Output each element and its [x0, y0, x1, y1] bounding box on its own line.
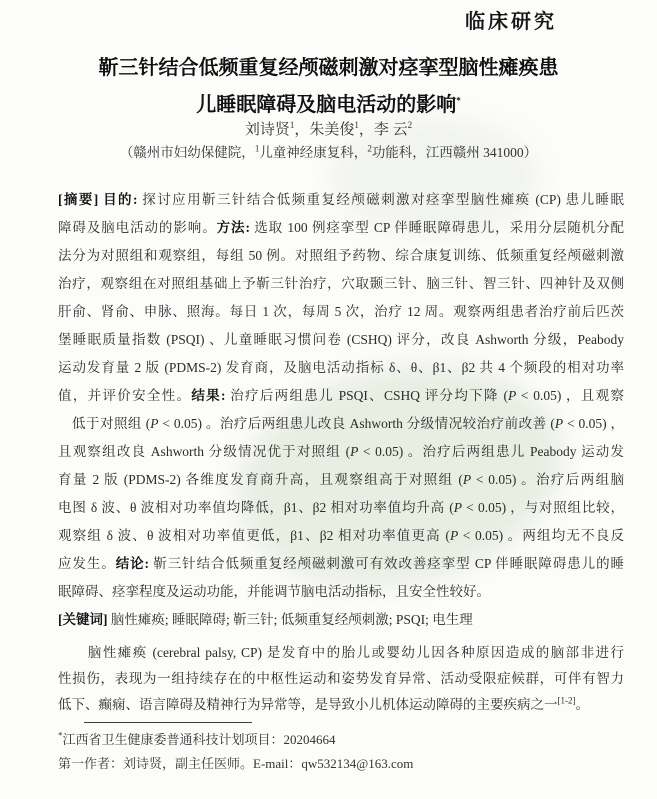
- abstract-line: 育量 2 版 (PDMS-2) 各维度发育商升高，且观察组高于对照组 (P < …: [58, 466, 624, 494]
- footnote-fund-line: *江西省卫生健康委普通科技计划项目：20204664: [58, 728, 624, 752]
- abstract-line: 法分为对照组和观察组，每组 50 例。对照组予药物、综合康复训练、低频重复经颅磁…: [58, 242, 624, 270]
- body-line: 低下、癫痫、语言障碍及精神行为异常等，是导致小儿机体运动障碍的主要疾病之一[1-…: [58, 692, 624, 718]
- footnote-author-line: 第一作者：刘诗贤，副主任医师。E-mail：qw532134@163.com: [58, 752, 624, 776]
- paper-page: 临床研究 靳三针结合低频重复经颅磁刺激对痉挛型脑性瘫痪患 儿睡眠障碍及脑电活动的…: [0, 0, 657, 799]
- abstract-line: 且观察组改良 Ashworth 分级情况优于对照组 (P < 0.05) 。治疗…: [58, 438, 624, 466]
- body-line: 性损伤，表现为一组持续存在的中枢性运动和姿势发育异常、活动受限症候群，可伴有智力: [58, 666, 624, 692]
- authors-line: 刘诗贤1，朱美俊1，李 云2: [0, 118, 657, 139]
- abstract-line: 低于对照组 (P < 0.05) 。治疗后两组患儿改良 Ashworth 分级情…: [58, 410, 624, 438]
- abstract-line: 值，并评价安全性。结果: 治疗后两组患儿 PSQI、CSHQ 评分均下降 (P …: [58, 382, 624, 410]
- abstract-line: 眠障碍、痉挛程度及运动功能，并能调节脑电活动指标，且安全性较好。: [58, 578, 624, 606]
- abstract-line: 观察组 δ 波、θ 波相对功率值更低，β1、β2 相对功率值更高 (P < 0.…: [58, 522, 624, 550]
- footnote-divider: [84, 722, 252, 723]
- abstract-line: 治疗，观察组在对照组基础上予靳三针治疗，穴取颞三针、脑三针、智三针、四神针及双侧: [58, 270, 624, 298]
- abstract-line: 电图 δ 波、θ 波相对功率值均降低，β1、β2 相对功率值均升高 (P < 0…: [58, 494, 624, 522]
- abstract-line: [摘要] 目的: 探讨应用靳三针结合低频重复经颅磁刺激对痉挛型脑性瘫痪 (CP)…: [58, 186, 624, 214]
- article-title-line-1: 靳三针结合低频重复经颅磁刺激对痉挛型脑性瘫痪患: [20, 50, 637, 87]
- abstract-line: 堡睡眠质量指数 (PSQI) 、儿童睡眠习惯问卷 (CSHQ) 评分，改良 As…: [58, 326, 624, 354]
- abstract-line: 应发生。结论: 靳三针结合低频重复经颅磁刺激可有效改善痉挛型 CP 伴睡眠障碍患…: [58, 550, 624, 578]
- body-line: 脑性瘫痪 (cerebral palsy, CP) 是发育中的胎儿或婴幼儿因各种…: [58, 640, 624, 666]
- abstract-line: 肝俞、肾俞、申脉、照海。每日 1 次，每周 5 次，治疗 12 周。观察两组患者…: [58, 298, 624, 326]
- journal-section-label: 临床研究: [465, 5, 557, 34]
- abstract-block: [摘要] 目的: 探讨应用靳三针结合低频重复经颅磁刺激对痉挛型脑性瘫痪 (CP)…: [58, 186, 624, 634]
- abstract-line: 障碍及脑电活动的影响。方法: 选取 100 例痉挛型 CP 伴睡眠障碍患儿，采用…: [58, 214, 624, 242]
- footnote-block: *江西省卫生健康委普通科技计划项目：20204664 第一作者：刘诗贤，副主任医…: [58, 722, 624, 776]
- body-paragraph: 脑性瘫痪 (cerebral palsy, CP) 是发育中的胎儿或婴幼儿因各种…: [58, 640, 624, 718]
- affiliation-line: （赣州市妇幼保健院，1儿童神经康复科，2功能科，江西赣州 341000）: [0, 141, 657, 161]
- abstract-line: 运动发育量 2 版 (PDMS-2) 发育商，及脑电活动指标 δ、θ、β1、β2…: [58, 354, 624, 382]
- abstract-line: [关键词] 脑性瘫痪; 睡眠障碍; 靳三针; 低频重复经颅刺激; PSQI; 电…: [58, 606, 624, 634]
- article-title: 靳三针结合低频重复经颅磁刺激对痉挛型脑性瘫痪患 儿睡眠障碍及脑电活动的影响*: [20, 50, 637, 124]
